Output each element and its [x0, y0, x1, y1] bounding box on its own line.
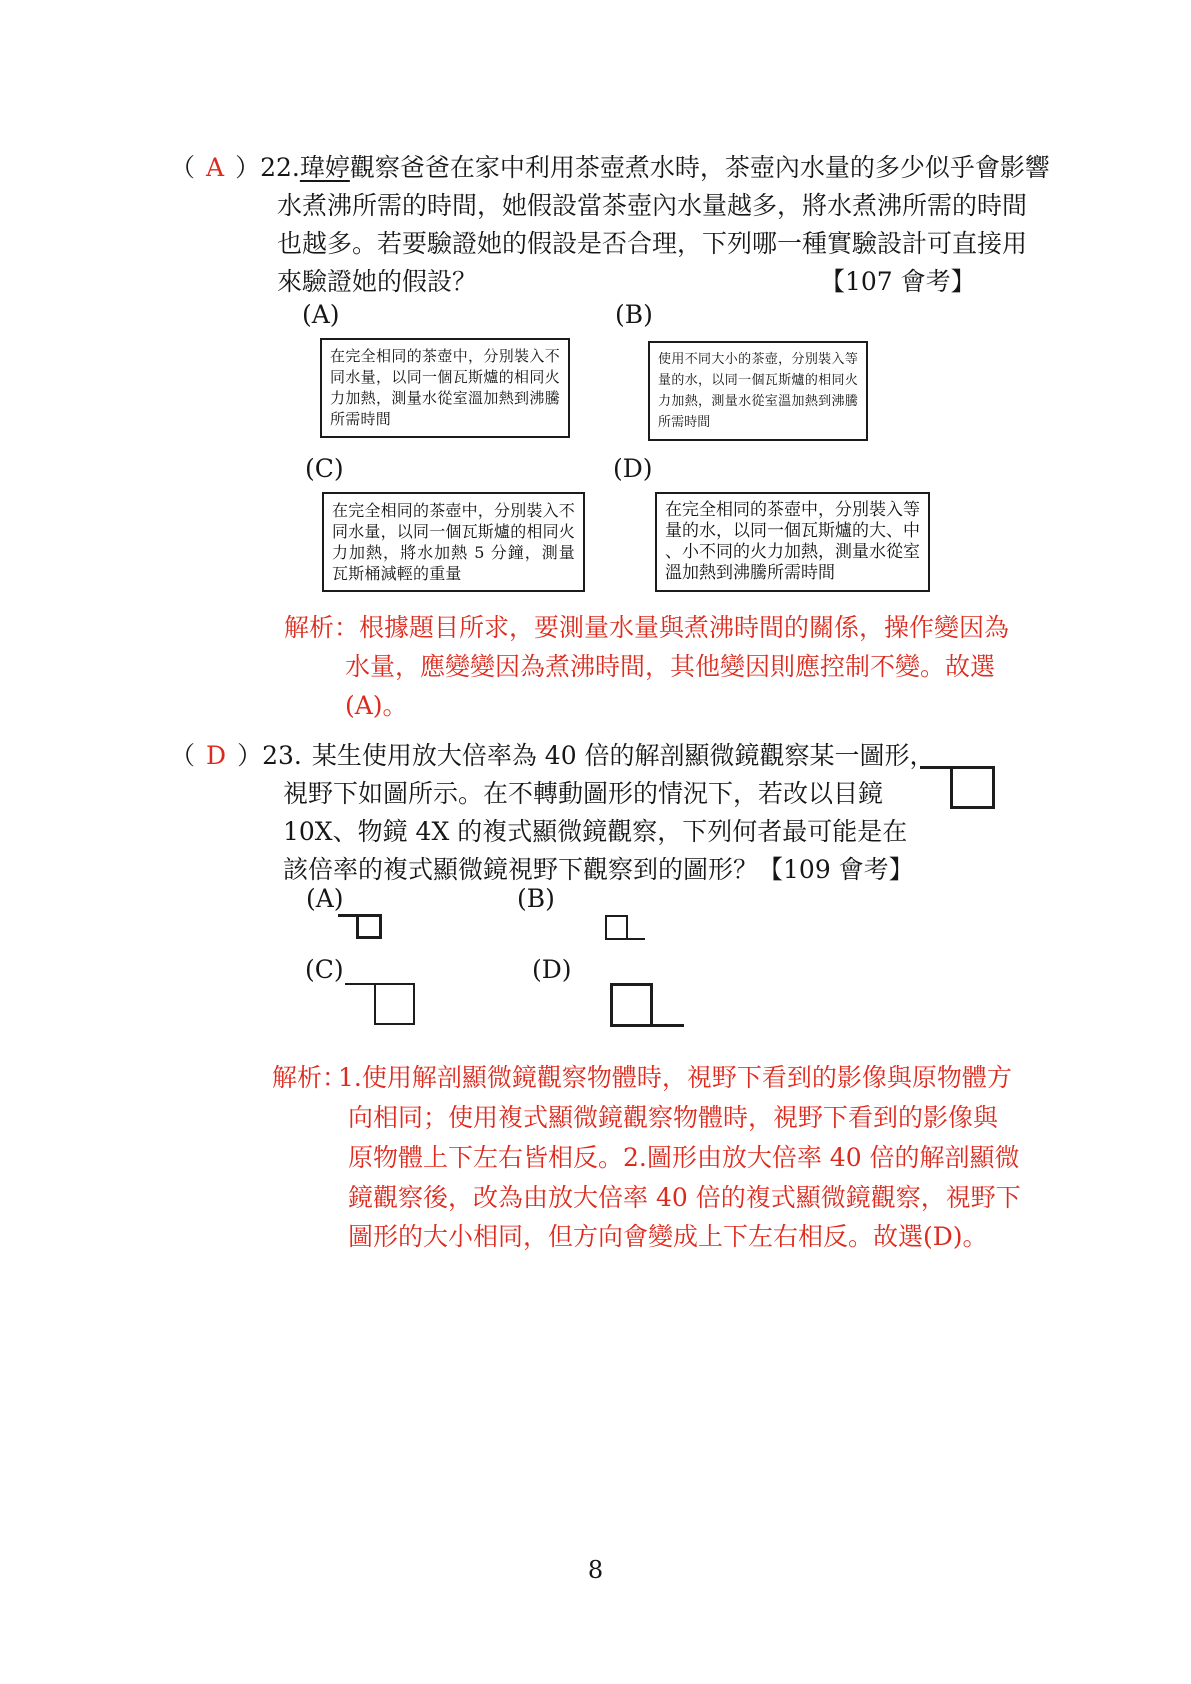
q22-analysis-line-2: 水量，應變變因為煮沸時間，其他變因則應控制不變。故選	[345, 651, 995, 682]
page-number: 8	[0, 1556, 1191, 1584]
q23-option-d-label: (D)	[532, 955, 572, 985]
q23-stem-line-1: （D）23.某生使用放大倍率為 40 倍的解剖顯微鏡觀察某一圖形，	[170, 740, 935, 771]
q22-option-a-box: 在完全相同的茶壺中，分別裝入不同水量，以同一個瓦斯爐的相同火力加熱，測量水從室溫…	[320, 338, 570, 438]
q23-figure-original	[920, 766, 995, 809]
q23-source-tag: 【109 會考】	[758, 855, 914, 884]
q23-option-d-figure	[610, 983, 684, 1027]
q23-figure-original-square	[950, 766, 995, 809]
q22-source-tag: 【107 會考】	[820, 266, 976, 297]
q22-stem-line-1: （A）22.瑋婷觀察爸爸在家中利用茶壺煮水時，茶壺內水量的多少似乎會影響	[170, 152, 1050, 183]
q23-answer-letter: D	[206, 740, 226, 771]
q23-open-paren: （	[170, 741, 195, 770]
q23-analysis-label: 解析：	[272, 1062, 347, 1093]
q22-option-a-label: (A)	[302, 300, 340, 330]
q23-option-a-square	[356, 914, 382, 939]
q23-option-a-figure	[338, 914, 382, 939]
q23-analysis-line-2: 向相同；使用複式顯微鏡觀察物體時，視野下看到的影像與	[348, 1102, 998, 1133]
q22-option-b-label: (B)	[615, 300, 653, 330]
q23-stem-text-1: 某生使用放大倍率為 40 倍的解剖顯微鏡觀察某一圖形，	[312, 741, 935, 770]
q22-analysis-text-1: 根據題目所求，要測量水量與煮沸時間的關係，操作變因為	[359, 613, 1009, 642]
q23-option-c-figure	[345, 983, 415, 1025]
q23-option-c-tail-line	[345, 983, 374, 985]
q23-stem-text-4: 該倍率的複式顯微鏡視野下觀察到的圖形？	[283, 855, 758, 884]
q23-option-a-tail-line	[338, 914, 356, 917]
q23-analysis-line-1: 1.使用解剖顯微鏡觀察物體時，視野下看到的影像與原物體方	[338, 1062, 1012, 1093]
q22-analysis-line-3: (A)。	[345, 690, 408, 721]
q23-stem-line-3: 10X、物鏡 4X 的複式顯微鏡觀察，下列何者最可能是在	[283, 816, 907, 847]
q22-underlined-name: 瑋婷	[300, 153, 350, 182]
q23-option-b-square	[605, 915, 628, 940]
q22-stem-line-4: 來驗證她的假設？	[277, 266, 477, 297]
q23-analysis-line-3: 原物體上下左右皆相反。2.圖形由放大倍率 40 倍的解剖顯微	[348, 1142, 1020, 1173]
q22-option-d-label: (D)	[613, 454, 653, 484]
q22-option-d-box: 在完全相同的茶壺中，分別裝入等量的水，以同一個瓦斯爐的大、中、小不同的火力加熱，…	[655, 492, 930, 592]
q22-number: 22.	[260, 153, 300, 182]
q22-close-paren: ）	[235, 153, 260, 182]
q23-option-d-square	[610, 983, 653, 1027]
q23-option-d-tail-line	[653, 1024, 684, 1027]
q23-option-b-tail-line	[628, 938, 645, 940]
q23-stem-line-4: 該倍率的複式顯微鏡視野下觀察到的圖形？【109 會考】	[283, 854, 914, 885]
q23-figure-original-tail-line	[920, 766, 950, 769]
q22-option-b-box: 使用不同大小的茶壺，分別裝入等量的水，以同一個瓦斯爐的相同火力加熱，測量水從室溫…	[648, 341, 868, 441]
q23-analysis-line-5: 圖形的大小相同，但方向會變成上下左右相反。故選(D)。	[348, 1221, 988, 1252]
q22-stem-line-3: 也越多。若要驗證她的假設是否合理，下列哪一種實驗設計可直接用	[277, 228, 1027, 259]
q22-stem-line-2: 水煮沸所需的時間，她假設當茶壺內水量越多，將水煮沸所需的時間	[277, 190, 1027, 221]
q22-option-c-box: 在完全相同的茶壺中，分別裝入不同水量，以同一個瓦斯爐的相同火力加熱，將水加熱 5…	[322, 492, 585, 592]
q23-option-a-label: (A)	[306, 884, 344, 914]
q22-stem-text-1: 觀察爸爸在家中利用茶壺煮水時，茶壺內水量的多少似乎會影響	[350, 153, 1050, 182]
exam-page: （A）22.瑋婷觀察爸爸在家中利用茶壺煮水時，茶壺內水量的多少似乎會影響 水煮沸…	[0, 0, 1191, 1684]
q22-analysis-line-1: 解析：根據題目所求，要測量水量與煮沸時間的關係，操作變因為	[284, 612, 1009, 643]
q23-option-c-square	[374, 983, 415, 1025]
q22-analysis-label: 解析：	[284, 613, 359, 642]
q23-close-paren: ）	[237, 741, 262, 770]
q23-option-c-label: (C)	[305, 955, 344, 985]
q23-number: 23.	[262, 740, 302, 771]
q23-option-b-label: (B)	[517, 884, 555, 914]
q22-answer-letter: A	[206, 152, 224, 183]
q23-analysis-line-4: 鏡觀察後，改為由放大倍率 40 倍的複式顯微鏡觀察，視野下	[348, 1182, 1021, 1213]
q23-option-b-figure	[605, 915, 645, 940]
q23-stem-line-2: 視野下如圖所示。在不轉動圖形的情況下，若改以目鏡	[283, 778, 883, 809]
q22-option-c-label: (C)	[305, 454, 344, 484]
q22-open-paren: （	[170, 153, 195, 182]
